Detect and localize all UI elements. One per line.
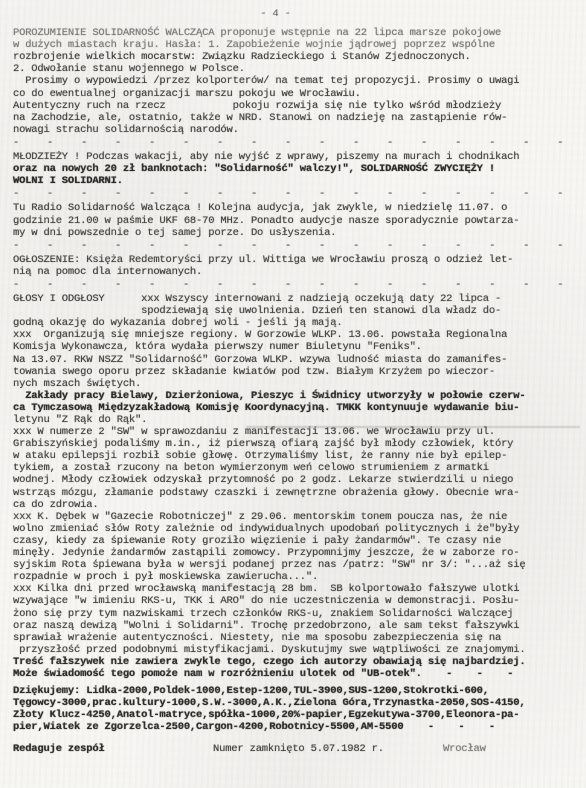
text-line: wolno zmieniać słów Roty zależnie od ind… <box>13 523 578 535</box>
text-line: WOLNI I SOLIDARNI. <box>13 175 578 187</box>
typed-separator: - - - - - - - - - - - - - - - - - - <box>13 279 578 291</box>
text-line: Tęgowcy-3000,prac.kultury-1000,S.W.-3000… <box>13 697 578 709</box>
text-line: towania swego oporu przez składanie kwia… <box>13 366 578 378</box>
text-line: Komisja Wykonawcza, która wydała pierwsz… <box>13 341 578 353</box>
text-line: xxx Kilka dni przed wrocławską manifesta… <box>13 583 578 595</box>
text-line: Tu Radio Solidarność Walcząca ! Kolejna … <box>13 202 578 214</box>
page-text: - 4 - POROZUMIENIE SOLIDARNOŚĆ WALCZĄCA … <box>13 8 578 756</box>
text-line: czasy, kiedy za śpiewanie Roty groziło w… <box>13 535 578 547</box>
text-line: my w dni powszednie o tej samej porze. D… <box>13 227 578 239</box>
text-line: rozbrojenie wielkich mocarstw: Związku R… <box>13 51 578 63</box>
text-line: nowagi strachu solidarnością narodów. <box>13 124 578 136</box>
text-line: xxx K. Dębek w "Gazecie Robotniczej" z 2… <box>13 511 578 523</box>
section-clothing-notice: OGŁOSZENIE: Księża Redemtoryści przy ul.… <box>13 254 578 278</box>
text-line: ca Tymczasową Międzyzakładową Komisję Ko… <box>13 402 578 414</box>
text-line: w ataku epilepsji rozbił sobie głowę. Ot… <box>13 450 578 462</box>
text-line: żono się przy tym nazwiskami trzech czło… <box>13 608 578 620</box>
text-line: nych mszach świętych. <box>13 378 578 390</box>
section-voices-and-echoes: GŁOSY I ODGŁOSY xxx Wszyscy internowani … <box>13 293 578 680</box>
text-line: na Zachodzie, ale, ostatnio, także w NRD… <box>13 112 578 124</box>
text-line: Treść fałszywek nie zawiera zwykle tego,… <box>13 656 578 668</box>
text-line: przyszłość przed podobnymi mistyfikacjam… <box>13 644 578 656</box>
text-line: pier,Wiatek ze Zgorzelca-2500,Cargon-420… <box>13 721 578 733</box>
city-note: Wrocław <box>443 743 578 755</box>
text-line: Autentyczny ruch na rzecz pokoju rozwija… <box>13 100 578 112</box>
editor-note: Redaguje zespół <box>13 743 213 755</box>
issue-close-date: Numer zamknięto 5.07.1982 r. <box>213 743 443 755</box>
typed-separator: - - - - - - - - - - - - - - - - - - <box>13 240 578 252</box>
typewritten-bulletin-page: - 4 - POROZUMIENIE SOLIDARNOŚĆ WALCZĄCA … <box>0 0 586 788</box>
text-line: sprawiał wrażenie autentyczności. Nieste… <box>13 632 578 644</box>
text-line: wzywające "w imieniu RKS-u, TKK i ARO" d… <box>13 595 578 607</box>
text-line: Złoty Klucz-4250,Anatol-matryce,spółka-1… <box>13 709 578 721</box>
section-peace-march-announcement: POROZUMIENIE SOLIDARNOŚĆ WALCZĄCA propon… <box>13 27 578 136</box>
section-radio-announcement: Tu Radio Solidarność Walcząca ! Kolejna … <box>13 202 578 238</box>
text-line: wstrząs mózgu, złamanie podstawy czaszki… <box>13 487 578 499</box>
text-line: letynu "Z Rąk do Rąk". <box>13 414 578 426</box>
text-line: oraz na nowych 20 zł banknotach: "Solida… <box>13 163 578 175</box>
text-line: Na 13.07. RKW NSZZ "Solidarność" Gorzowa… <box>13 354 578 366</box>
typed-separator: - - - - - - - - - - - - - - - - - - <box>13 188 578 200</box>
text-line: rozpadnie w proch i pył moskiewska zawie… <box>13 571 578 583</box>
text-line: syjskim Rota śpiewana była w wersji poda… <box>13 559 578 571</box>
text-line: wodnej. Młody człowiek odzyskał przytomn… <box>13 474 578 486</box>
section-donor-thanks: Dziękujemy: Lidka-2000,Poldek-1000,Estep… <box>13 685 578 733</box>
text-line: co do ewentualnej organizacji marszu pok… <box>13 88 578 100</box>
text-line: tykiem, a został rzucony na beton wymier… <box>13 462 578 474</box>
text-line: OGŁOSZENIE: Księża Redemtoryści przy ul.… <box>13 254 578 266</box>
text-line: 2. Odwołanie stanu wojennego w Polsce. <box>13 63 578 75</box>
text-line: GŁOSY I ODGŁOSY xxx Wszyscy internowani … <box>13 293 578 305</box>
typed-separator: - - - - - - - - - - - - - - - - - - <box>13 137 578 149</box>
page-number: - 4 - <box>13 8 538 20</box>
text-line: Zakłady pracy Bielawy, Dzierżoniowa, Pie… <box>13 390 578 402</box>
text-line: w dużych miastach kraju. Hasła: 1. Zapob… <box>13 39 578 51</box>
text-line: nią na pomoc dla internowanych. <box>13 266 578 278</box>
scan-artifact-streak <box>246 426 580 428</box>
text-line: ca do zdrowia. <box>13 499 578 511</box>
section-youth-appeal: MŁODZIEŻY ! Podczas wakacji, aby nie wyj… <box>13 151 578 187</box>
text-line: Dziękujemy: Lidka-2000,Poldek-1000,Estep… <box>13 685 578 697</box>
text-line: Prosimy o wypowiedzi /przez kolporterów/… <box>13 75 578 87</box>
text-line: POROZUMIENIE SOLIDARNOŚĆ WALCZĄCA propon… <box>13 27 578 39</box>
text-line: godzinie 21.00 w paśmie UKF 68-70 MHz. P… <box>13 215 578 227</box>
text-line: spodziewają się uwolnienia. Dzień ten st… <box>13 305 578 317</box>
text-line: MŁODZIEŻY ! Podczas wakacji, aby nie wyj… <box>13 151 578 163</box>
text-line: Może świadomość tego pomoże nam w rozróż… <box>13 668 578 680</box>
text-line: minęły. Jedynie żandarmów zastąpili zomo… <box>13 547 578 559</box>
imprint-footer: Redaguje zespół Numer zamknięto 5.07.198… <box>13 743 578 755</box>
text-line: Grabiszyńskiej podaliśmy m.in., iż pierw… <box>13 438 578 450</box>
text-line: xxx Organizują się mniejsze regiony. W G… <box>13 329 578 341</box>
text-line: godną okazję do wykazania dobrej woli - … <box>13 317 578 329</box>
text-line: oraz naszą dewizą "Wolni i Solidarni". T… <box>13 620 578 632</box>
